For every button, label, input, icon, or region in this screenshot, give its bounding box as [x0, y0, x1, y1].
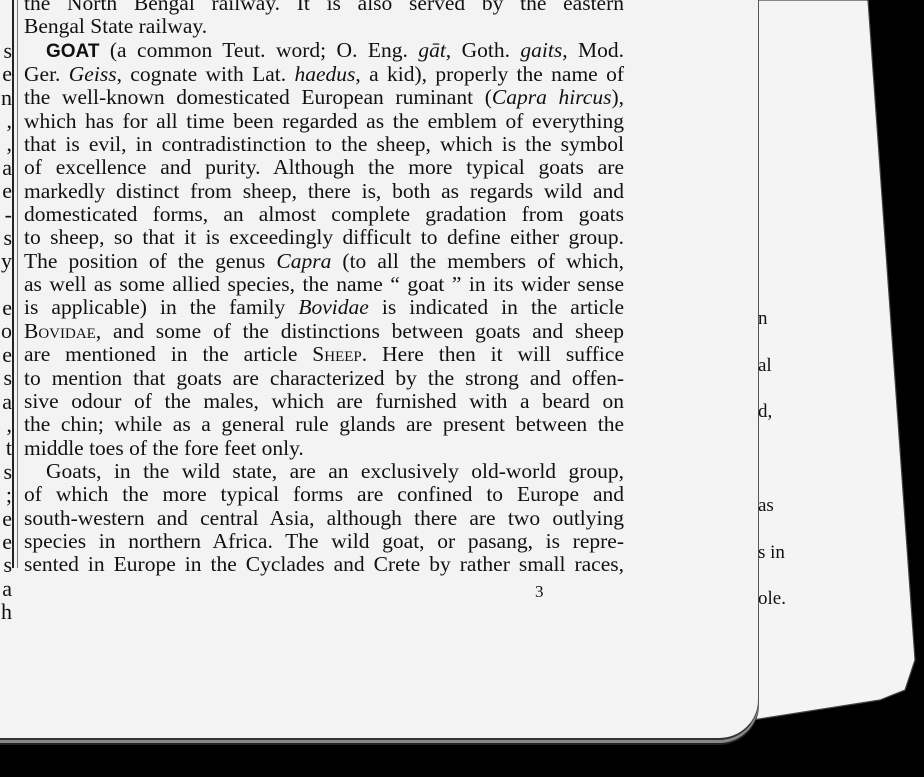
right-page-fragment — [758, 260, 798, 283]
text-line: markedly distinct from sheep, there is, … — [24, 180, 624, 203]
text-run: the chin; while as a general rule glands… — [24, 412, 624, 436]
text-line: is applicable) in the family Bovidae is … — [24, 296, 624, 319]
text-run: to mention that goats are characterized … — [24, 366, 624, 390]
text-run: of excellence and purity. Although the m… — [24, 155, 624, 179]
text-line: The position of the genus Capra (to all … — [24, 250, 624, 273]
right-page-fragment — [758, 471, 798, 494]
text-run: , a kid), properly the name of — [355, 62, 624, 86]
italic-term: Capra hircus — [492, 85, 612, 109]
text-run: , cognate with Lat. — [117, 62, 295, 86]
text-run: . Here then it will suffice — [362, 342, 624, 366]
text-run: middle toes of the fore feet only. — [24, 436, 304, 460]
margin-fragment: o — [0, 319, 12, 342]
margin-fragment: a — [0, 156, 12, 179]
text-run: of which the more typical forms are conf… — [24, 482, 624, 506]
margin-fragment: s — [0, 226, 12, 249]
text-run: species in northern Africa. The wild goa… — [24, 529, 624, 553]
text-run: is indicated in the article — [369, 295, 624, 319]
text-line: GOAT (a common Teut. word; O. Eng. gāt, … — [24, 39, 624, 63]
italic-term: Bovidae — [298, 295, 368, 319]
text-run: domesticated forms, an almost complete g… — [24, 202, 624, 226]
column-rule-thin — [17, 0, 18, 568]
margin-fragment: n — [0, 86, 12, 109]
right-page-fragment: n — [758, 307, 798, 330]
margin-fragment: t — [0, 436, 12, 459]
text-run: The position of the genus — [24, 249, 276, 273]
text-line: Bengal State railway. — [24, 15, 624, 38]
margin-fragment: s — [0, 39, 12, 62]
text-line: of excellence and purity. Although the m… — [24, 156, 624, 179]
margin-fragment: e — [0, 296, 12, 319]
text-run: which has for all time been regarded as … — [24, 109, 624, 133]
italic-term: Geiss — [69, 62, 117, 86]
headword: GOAT — [46, 41, 99, 62]
text-run: , Mod. — [562, 38, 624, 62]
right-page-fragment — [758, 330, 798, 353]
margin-fragment: e — [0, 343, 12, 366]
right-page-fragment — [758, 283, 798, 306]
text-run: (a common Teut. word; O. Eng. — [99, 38, 418, 62]
front-page: sen,,ae-syeoesa,ts;eesah the North Benga… — [0, 0, 759, 740]
cross-reference: Sheep — [312, 342, 361, 366]
text-run: that is evil, in contradistinction to th… — [24, 132, 624, 156]
right-page-fragment — [758, 377, 798, 400]
left-margin-fragments: sen,,ae-syeoesa,ts;eesah — [0, 0, 12, 624]
text-line: to mention that goats are characterized … — [24, 367, 624, 390]
right-page-fragment: as — [758, 494, 798, 517]
margin-fragment: , — [0, 132, 12, 155]
text-run: south-western and central Asia, although… — [24, 506, 624, 530]
margin-fragment: ; — [0, 483, 12, 506]
text-line: that is evil, in contradistinction to th… — [24, 133, 624, 156]
margin-fragment: a — [0, 390, 12, 413]
margin-fragment: e — [0, 179, 12, 202]
text-run: markedly distinct from sheep, there is, … — [24, 179, 624, 203]
text-run: the well-known domesticated European rum… — [24, 85, 492, 109]
text-line: Goats, in the wild state, are an exclusi… — [24, 460, 624, 483]
text-line: the well-known domesticated European rum… — [24, 86, 624, 109]
right-page-fragment — [758, 564, 798, 587]
text-run: ), — [611, 85, 624, 109]
italic-term: Capra — [276, 249, 331, 273]
text-run: as well as some allied species, the name… — [24, 272, 624, 296]
text-run: are mentioned in the article — [24, 342, 312, 366]
text-run: to sheep, so that it is exceedingly diff… — [24, 225, 624, 249]
text-line: middle toes of the fore feet only. — [24, 437, 624, 460]
right-page-fragment: ole. — [758, 587, 798, 610]
text-run: sive odour of the males, which are furni… — [24, 389, 624, 413]
margin-fragment: - — [0, 203, 12, 226]
text-line: as well as some allied species, the name… — [24, 273, 624, 296]
italic-term: gaits — [520, 38, 562, 62]
text-run: Bengal State railway. — [24, 14, 207, 38]
page-number: 3 — [535, 582, 544, 602]
text-line: south-western and central Asia, although… — [24, 507, 624, 530]
right-page-fragment: al — [758, 354, 798, 377]
margin-fragment — [0, 273, 12, 296]
text-line: which has for all time been regarded as … — [24, 110, 624, 133]
text-line: sive odour of the males, which are furni… — [24, 390, 624, 413]
right-page-fragment: d, — [758, 400, 798, 423]
text-run: , and some of the distinctions between g… — [96, 319, 624, 343]
italic-term: gāt — [418, 38, 445, 62]
text-line: the chin; while as a general rule glands… — [24, 413, 624, 436]
text-line: to sheep, so that it is exceedingly diff… — [24, 226, 624, 249]
margin-fragment — [0, 15, 12, 38]
margin-fragment: a — [0, 577, 12, 600]
margin-fragment: e — [0, 62, 12, 85]
italic-term: haedus — [294, 62, 355, 86]
margin-fragment: e — [0, 507, 12, 530]
text-line: sented in Europe in the Cyclades and Cre… — [24, 553, 624, 576]
text-run: Goats, in the wild state, are an exclusi… — [46, 459, 624, 483]
text-line: domesticated forms, an almost complete g… — [24, 203, 624, 226]
margin-fragment — [0, 0, 12, 15]
margin-fragment: s — [0, 366, 12, 389]
margin-fragment: s — [0, 553, 12, 576]
right-page-fragment — [758, 611, 798, 634]
text-line: Bovidae, and some of the distinctions be… — [24, 320, 624, 343]
text-run: sented in Europe in the Cyclades and Cre… — [24, 552, 624, 576]
column-rule — [12, 0, 14, 568]
right-page-fragment — [758, 447, 798, 470]
text-run: the North Bengal railway. It is also ser… — [24, 0, 624, 15]
right-page-fragment — [758, 424, 798, 447]
margin-fragment: e — [0, 530, 12, 553]
right-page-fragment — [758, 517, 798, 540]
text-column: the North Bengal railway. It is also ser… — [24, 0, 624, 577]
text-line: Ger. Geiss, cognate with Lat. haedus, a … — [24, 63, 624, 86]
margin-fragment: , — [0, 109, 12, 132]
margin-fragment: s — [0, 460, 12, 483]
text-run: is applicable) in the family — [24, 295, 298, 319]
text-run: , Goth. — [446, 38, 521, 62]
text-line: of which the more typical forms are conf… — [24, 483, 624, 506]
right-page-fragment: s in — [758, 541, 798, 564]
text-line: species in northern Africa. The wild goa… — [24, 530, 624, 553]
right-page-fragments: nald,ass inole. — [758, 260, 798, 634]
text-line: are mentioned in the article Sheep. Here… — [24, 343, 624, 366]
margin-fragment: h — [0, 600, 12, 623]
margin-fragment: y — [0, 249, 12, 272]
text-run: Ger. — [24, 62, 69, 86]
margin-fragment: , — [0, 413, 12, 436]
text-line: the North Bengal railway. It is also ser… — [24, 0, 624, 15]
cross-reference: Bovidae — [24, 319, 96, 343]
text-run: (to all the members of which, — [331, 249, 624, 273]
